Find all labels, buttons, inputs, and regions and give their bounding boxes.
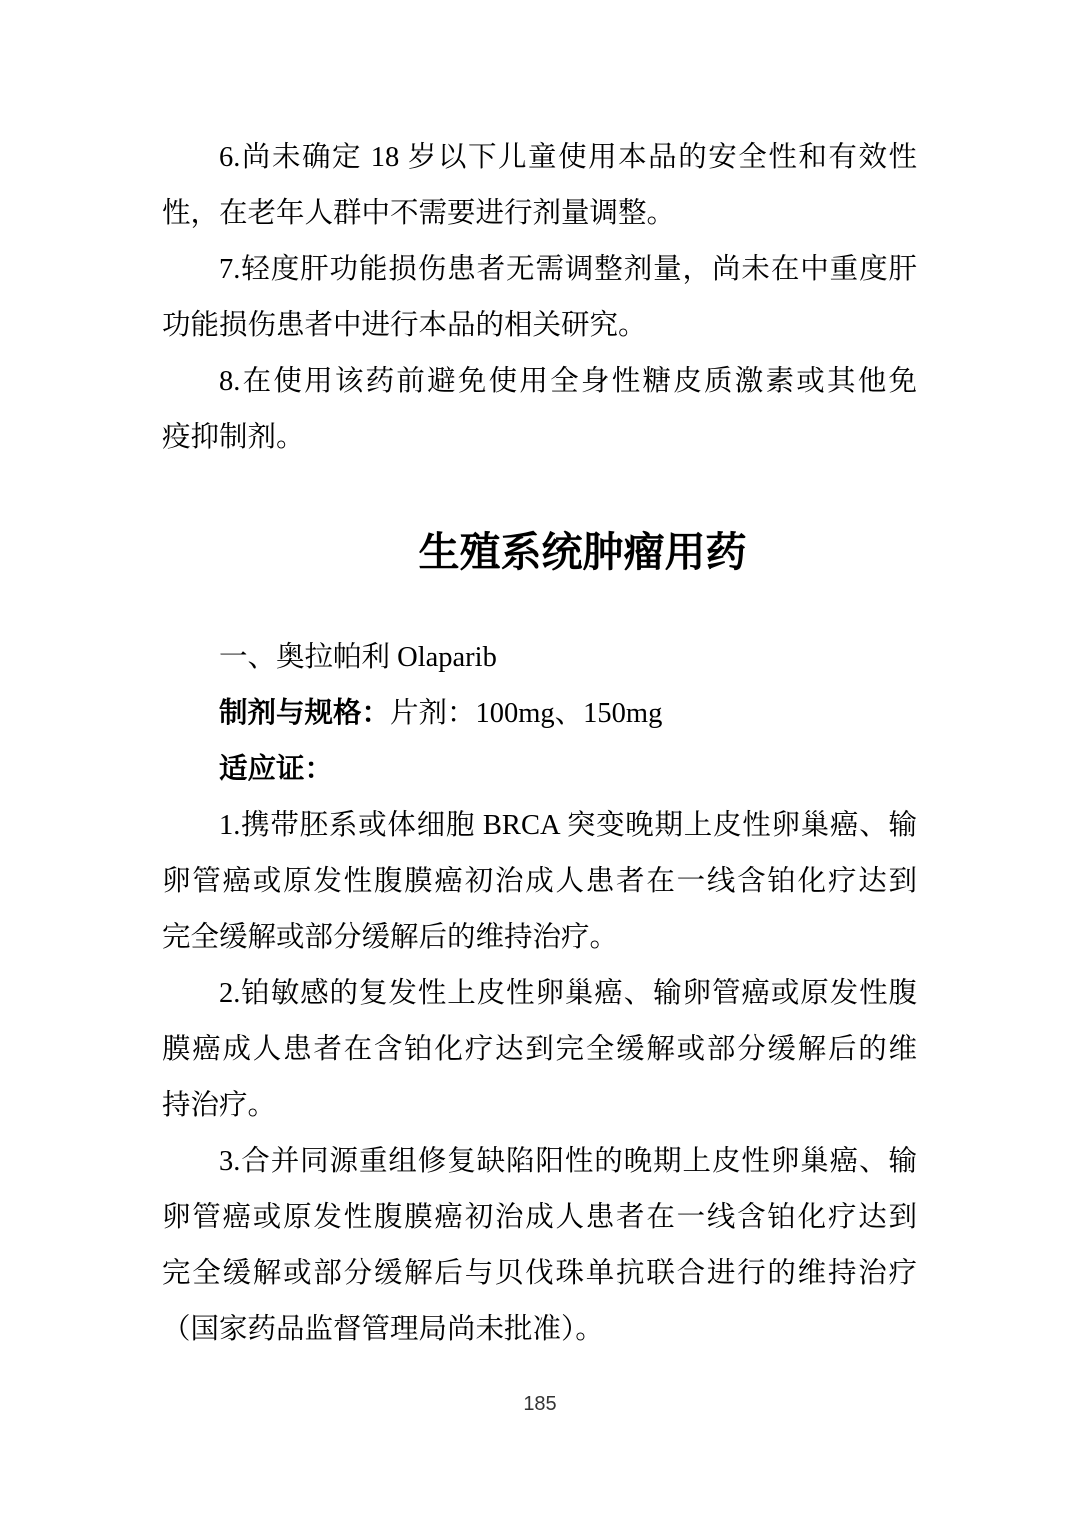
- text-line: 完全缓解或部分缓解后与贝伐珠单抗联合进行的维持治疗: [162, 1246, 917, 1302]
- text-line: 7.轻度肝功能损伤患者无需调整剂量，尚未在中重度肝: [162, 242, 917, 298]
- text-line: （国家药品监督管理局尚未批准）。: [162, 1302, 917, 1358]
- text-line: 卵管癌或原发性腹膜癌初治成人患者在一线含铂化疗达到: [162, 854, 917, 910]
- text-line: 1.携带胚系或体细胞 BRCA 突变晚期上皮性卵巢癌、输: [162, 798, 917, 854]
- section-heading: 生殖系统肿瘤用药: [162, 522, 917, 582]
- text-segment: 一、奥拉帕利 Olaparib: [219, 642, 497, 673]
- document-page: 6.尚未确定 18 岁以下儿童使用本品的安全性和有效性性，在老年人群中不需要进行…: [0, 0, 1080, 1528]
- paragraph: 2.铂敏感的复发性上皮性卵巢癌、输卵管癌或原发性腹膜癌成人患者在含铂化疗达到完全…: [162, 966, 917, 1134]
- text-line: 3.合并同源重组修复缺陷阳性的晚期上皮性卵巢癌、输: [162, 1134, 917, 1190]
- paragraph: 1.携带胚系或体细胞 BRCA 突变晚期上皮性卵巢癌、输卵管癌或原发性腹膜癌初治…: [162, 798, 917, 966]
- page-number: 185: [0, 1392, 1080, 1416]
- text-line: 2.铂敏感的复发性上皮性卵巢癌、输卵管癌或原发性腹: [162, 966, 917, 1022]
- text-line: 制剂与规格：片剂：100mg、150mg: [162, 686, 917, 742]
- paragraph: 6.尚未确定 18 岁以下儿童使用本品的安全性和有效性性，在老年人群中不需要进行…: [162, 130, 917, 242]
- paragraph: 7.轻度肝功能损伤患者无需调整剂量，尚未在中重度肝功能损伤患者中进行本品的相关研…: [162, 242, 917, 354]
- document-content: 6.尚未确定 18 岁以下儿童使用本品的安全性和有效性性，在老年人群中不需要进行…: [162, 130, 917, 1358]
- paragraph: 8.在使用该药前避免使用全身性糖皮质激素或其他免疫抑制剂。: [162, 354, 917, 466]
- text-line: 完全缓解或部分缓解后的维持治疗。: [162, 910, 917, 966]
- text-line: 膜癌成人患者在含铂化疗达到完全缓解或部分缓解后的维: [162, 1022, 917, 1078]
- text-line: 疫抑制剂。: [162, 410, 917, 466]
- paragraph: 3.合并同源重组修复缺陷阳性的晚期上皮性卵巢癌、输卵管癌或原发性腹膜癌初治成人患…: [162, 1134, 917, 1358]
- text-segment: 片剂：100mg、150mg: [390, 698, 662, 729]
- text-segment-bold: 适应证：: [219, 754, 333, 785]
- text-segment-bold: 制剂与规格：: [219, 698, 390, 729]
- text-line: 适应证：: [162, 742, 917, 798]
- text-line: 8.在使用该药前避免使用全身性糖皮质激素或其他免: [162, 354, 917, 410]
- text-line: 性，在老年人群中不需要进行剂量调整。: [162, 186, 917, 242]
- text-line: 卵管癌或原发性腹膜癌初治成人患者在一线含铂化疗达到: [162, 1190, 917, 1246]
- text-line: 一、奥拉帕利 Olaparib: [162, 630, 917, 686]
- text-line: 6.尚未确定 18 岁以下儿童使用本品的安全性和有效性: [162, 130, 917, 186]
- text-line: 持治疗。: [162, 1078, 917, 1134]
- text-line: 功能损伤患者中进行本品的相关研究。: [162, 298, 917, 354]
